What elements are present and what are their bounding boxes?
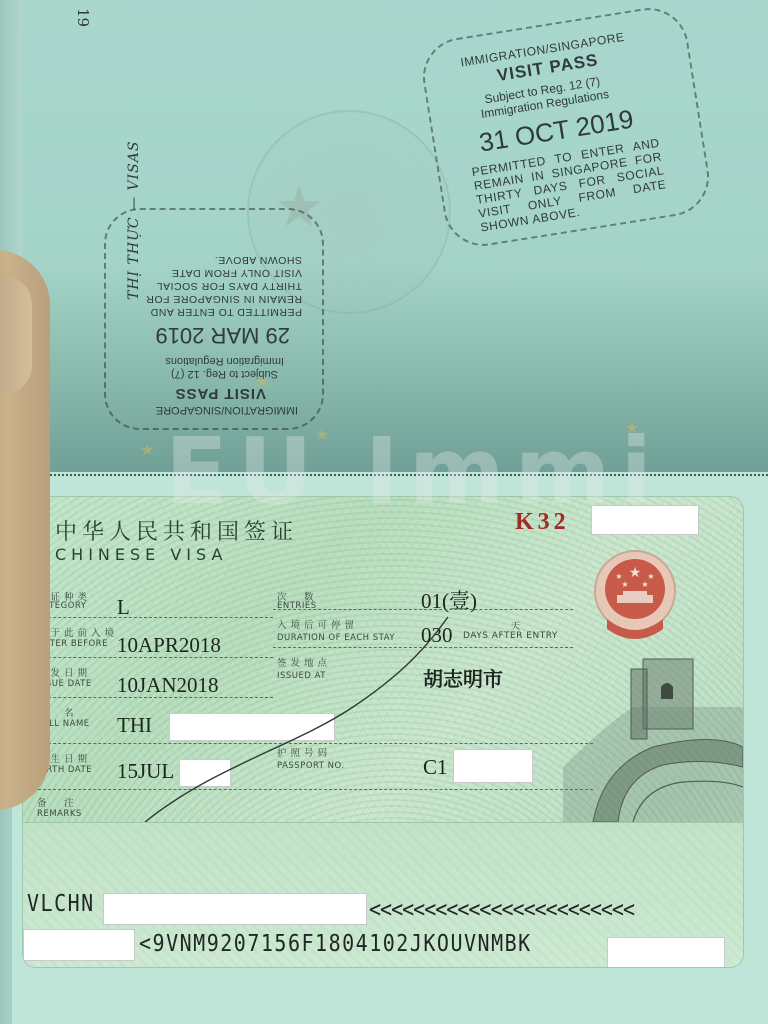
star-icon: ★ — [140, 440, 154, 459]
stamp-date: 29 MAR 2019 — [155, 322, 290, 348]
star-icon: ★ — [625, 418, 639, 437]
stamp-authority: IMMIGRATION/SINGAPORE — [156, 404, 298, 416]
passport-page-visas: 19 ★ IMMIGRATION/SINGAPORE VISIT PASS Su… — [22, 0, 768, 478]
chinese-visa-sticker: 中华人民共和国签证 CHINESE VISA K32 签证种类 CATEGORY… — [22, 496, 744, 968]
thumbnail-nail — [0, 275, 32, 395]
redaction-box — [23, 929, 135, 961]
china-national-emblem: ★ ★ ★ ★ ★ — [593, 549, 677, 645]
mrz-line2: <9VNM9207156F1804102JKOUVNMBK — [139, 929, 532, 957]
stamp-regulation-source: Immigration Regulations — [165, 355, 284, 367]
signature-stroke — [133, 597, 453, 827]
mrz-line1-prefix: VLCHN — [27, 889, 95, 917]
svg-text:★: ★ — [629, 565, 642, 581]
visa-title-english: CHINESE VISA — [55, 545, 227, 564]
passport-photo: 19 ★ IMMIGRATION/SINGAPORE VISIT PASS Su… — [0, 0, 768, 1024]
remarks-label: REMARKS — [37, 809, 82, 819]
visa-number: K32 — [515, 509, 570, 536]
redaction-box — [591, 505, 699, 535]
star-icon: ★ — [315, 425, 329, 444]
redaction-box — [453, 749, 533, 783]
duration-unit: DAYS AFTER ENTRY — [463, 631, 558, 641]
singapore-stamp-oct-2019: IMMIGRATION/SINGAPORE VISIT PASS Subject… — [417, 2, 715, 251]
remarks-label-cn: 备 注 — [37, 795, 78, 809]
mrz-line1-filler: <<<<<<<<<<<<<<<<<<<<<<<< — [369, 895, 634, 923]
section-label: THỊ THỰC — VISAS — [126, 141, 142, 300]
great-wall-illustration — [563, 647, 743, 822]
stamp-pass-type: VISIT PASS — [175, 385, 266, 402]
binding-stitches — [22, 474, 768, 479]
svg-text:★: ★ — [621, 580, 628, 589]
star-icon: ★ — [255, 372, 269, 391]
redaction-box — [103, 893, 367, 925]
visa-title-chinese: 中华人民共和国签证 — [55, 515, 298, 546]
svg-text:★: ★ — [641, 580, 648, 589]
page-number: 19 — [74, 8, 92, 27]
redaction-box — [607, 937, 725, 968]
stamp-conditions: PERMITTED TO ENTER AND REMAIN IN SINGAPO… — [132, 253, 302, 318]
